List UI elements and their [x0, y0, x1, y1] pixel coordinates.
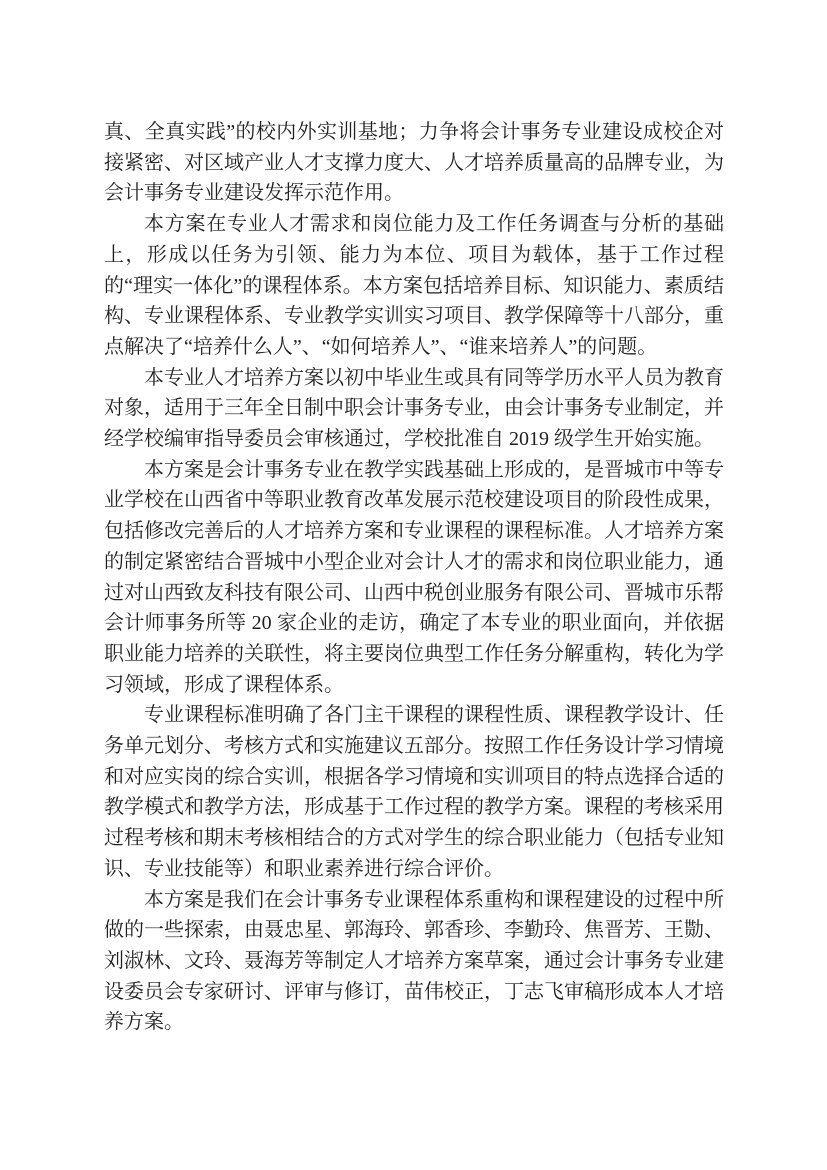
paragraph-target-students: 本专业人才培养方案以初中毕业生或具有同等学历水平人员为教育对象，适用于三年全日制… [104, 363, 724, 455]
paragraph-continuation: 真、全真实践”的校内外实训基地；力争将会计事务专业建设成校企对接紧密、对区域产业… [104, 117, 724, 209]
paragraph-contributors: 本方案是我们在会计事务专业课程体系重构和课程建设的过程中所做的一些探索，由聂忠星… [104, 885, 724, 1039]
paragraph-course-standards: 专业课程标准明确了各门主干课程的课程性质、课程教学设计、任务单元划分、考核方式和… [104, 700, 724, 884]
paragraph-program-background: 本方案是会计事务专业在教学实践基础上形成的，是晋城市中等专业学校在山西省中等职业… [104, 455, 724, 701]
document-page: 真、全真实践”的校内外实训基地；力争将会计事务专业建设成校企对接紧密、对区域产业… [0, 0, 827, 1170]
paragraph-curriculum-system: 本方案在专业人才需求和岗位能力及工作任务调查与分析的基础上，形成以任务为引领、能… [104, 209, 724, 363]
document-text-block: 真、全真实践”的校内外实训基地；力争将会计事务专业建设成校企对接紧密、对区域产业… [104, 117, 724, 1038]
